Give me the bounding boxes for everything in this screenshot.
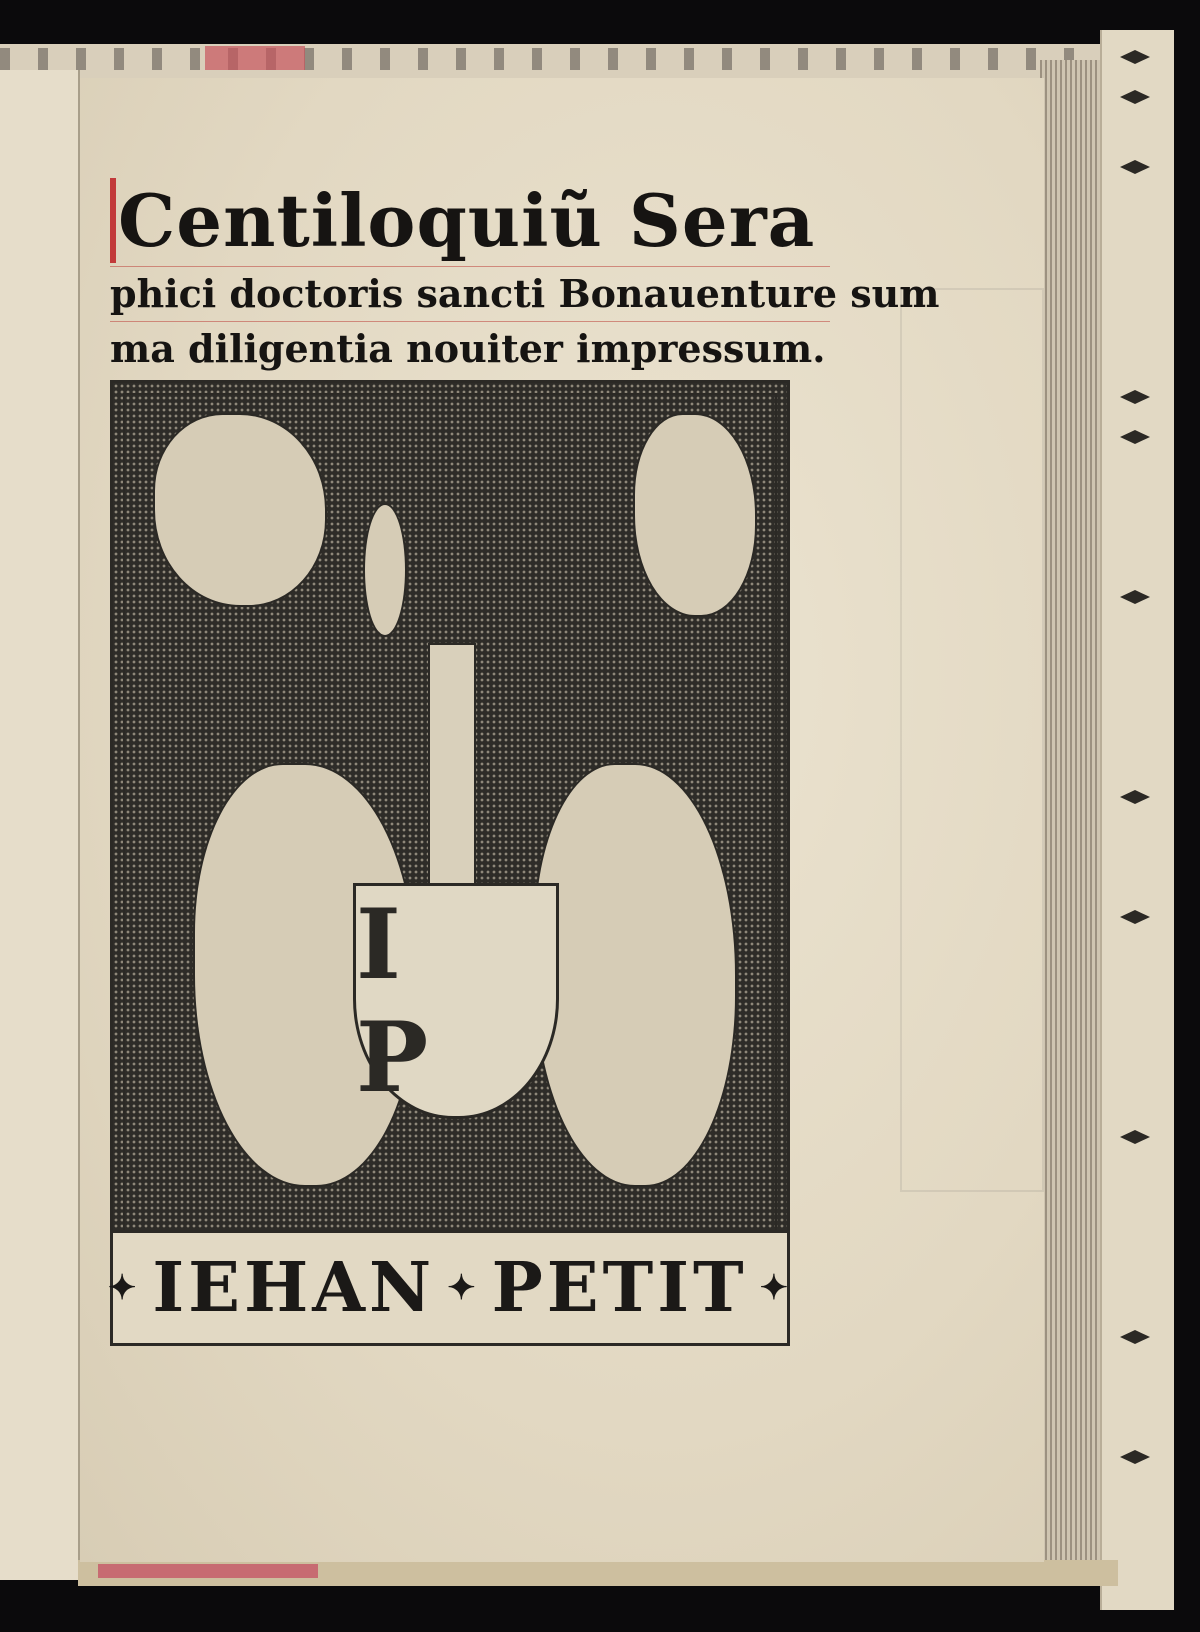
- title-line-2: phici doctoris sancti Bonauenture sum: [110, 269, 830, 319]
- shield-monogram: I P: [356, 888, 556, 1114]
- show-through-ghost: [900, 288, 1044, 1192]
- cover-top-edge: [0, 44, 1150, 78]
- spine-mark: [1120, 390, 1150, 404]
- title-line-1-text: Centiloquiũ Sera: [118, 178, 815, 263]
- separator-icon: ✦: [108, 1268, 141, 1308]
- spine-mark: [1120, 790, 1150, 804]
- title-line-1: Centiloquiũ Sera: [110, 178, 830, 264]
- spine-mark: [1120, 910, 1150, 924]
- rubricated-initial: [110, 178, 118, 263]
- cover-spine-right: [1100, 30, 1174, 1610]
- monogram-shield: I P: [353, 883, 559, 1119]
- spine-mark: [1120, 1450, 1150, 1464]
- putto-left: [153, 413, 327, 607]
- owl: [363, 503, 407, 637]
- title-line-3: ma diligentia nouiter impressum.: [110, 324, 830, 374]
- printers-device-woodcut: I P: [110, 380, 790, 1286]
- red-rule: [110, 321, 830, 322]
- spine-mark: [1120, 430, 1150, 444]
- separator-icon: ✦: [760, 1268, 793, 1308]
- title-page: Centiloquiũ Sera phici doctoris sancti B…: [80, 78, 1044, 1562]
- page-edges: [1040, 60, 1100, 1560]
- spine-mark: [1120, 590, 1150, 604]
- cover-red-patch-bottom: [98, 1564, 318, 1578]
- cover-bottom-edge: [78, 1560, 1118, 1586]
- spine-mark: [1120, 1130, 1150, 1144]
- caption-word-left: IEHAN: [152, 1248, 435, 1328]
- caption-word-right: PETIT: [492, 1248, 748, 1328]
- red-rule: [110, 266, 830, 267]
- facing-page-left: [0, 70, 80, 1580]
- cover-pattern: [0, 48, 1150, 70]
- spine-mark: [1120, 50, 1150, 64]
- separator-icon: ✦: [447, 1268, 480, 1308]
- device-caption: ✦ IEHAN ✦ PETIT ✦: [110, 1230, 790, 1346]
- putto-right: [633, 413, 757, 617]
- spine-mark: [1120, 160, 1150, 174]
- title-block: Centiloquiũ Sera phici doctoris sancti B…: [110, 178, 830, 374]
- cover-red-patch: [205, 46, 305, 70]
- leopard-supporter: [533, 763, 737, 1187]
- spine-mark: [1120, 90, 1150, 104]
- spine-mark: [1120, 1330, 1150, 1344]
